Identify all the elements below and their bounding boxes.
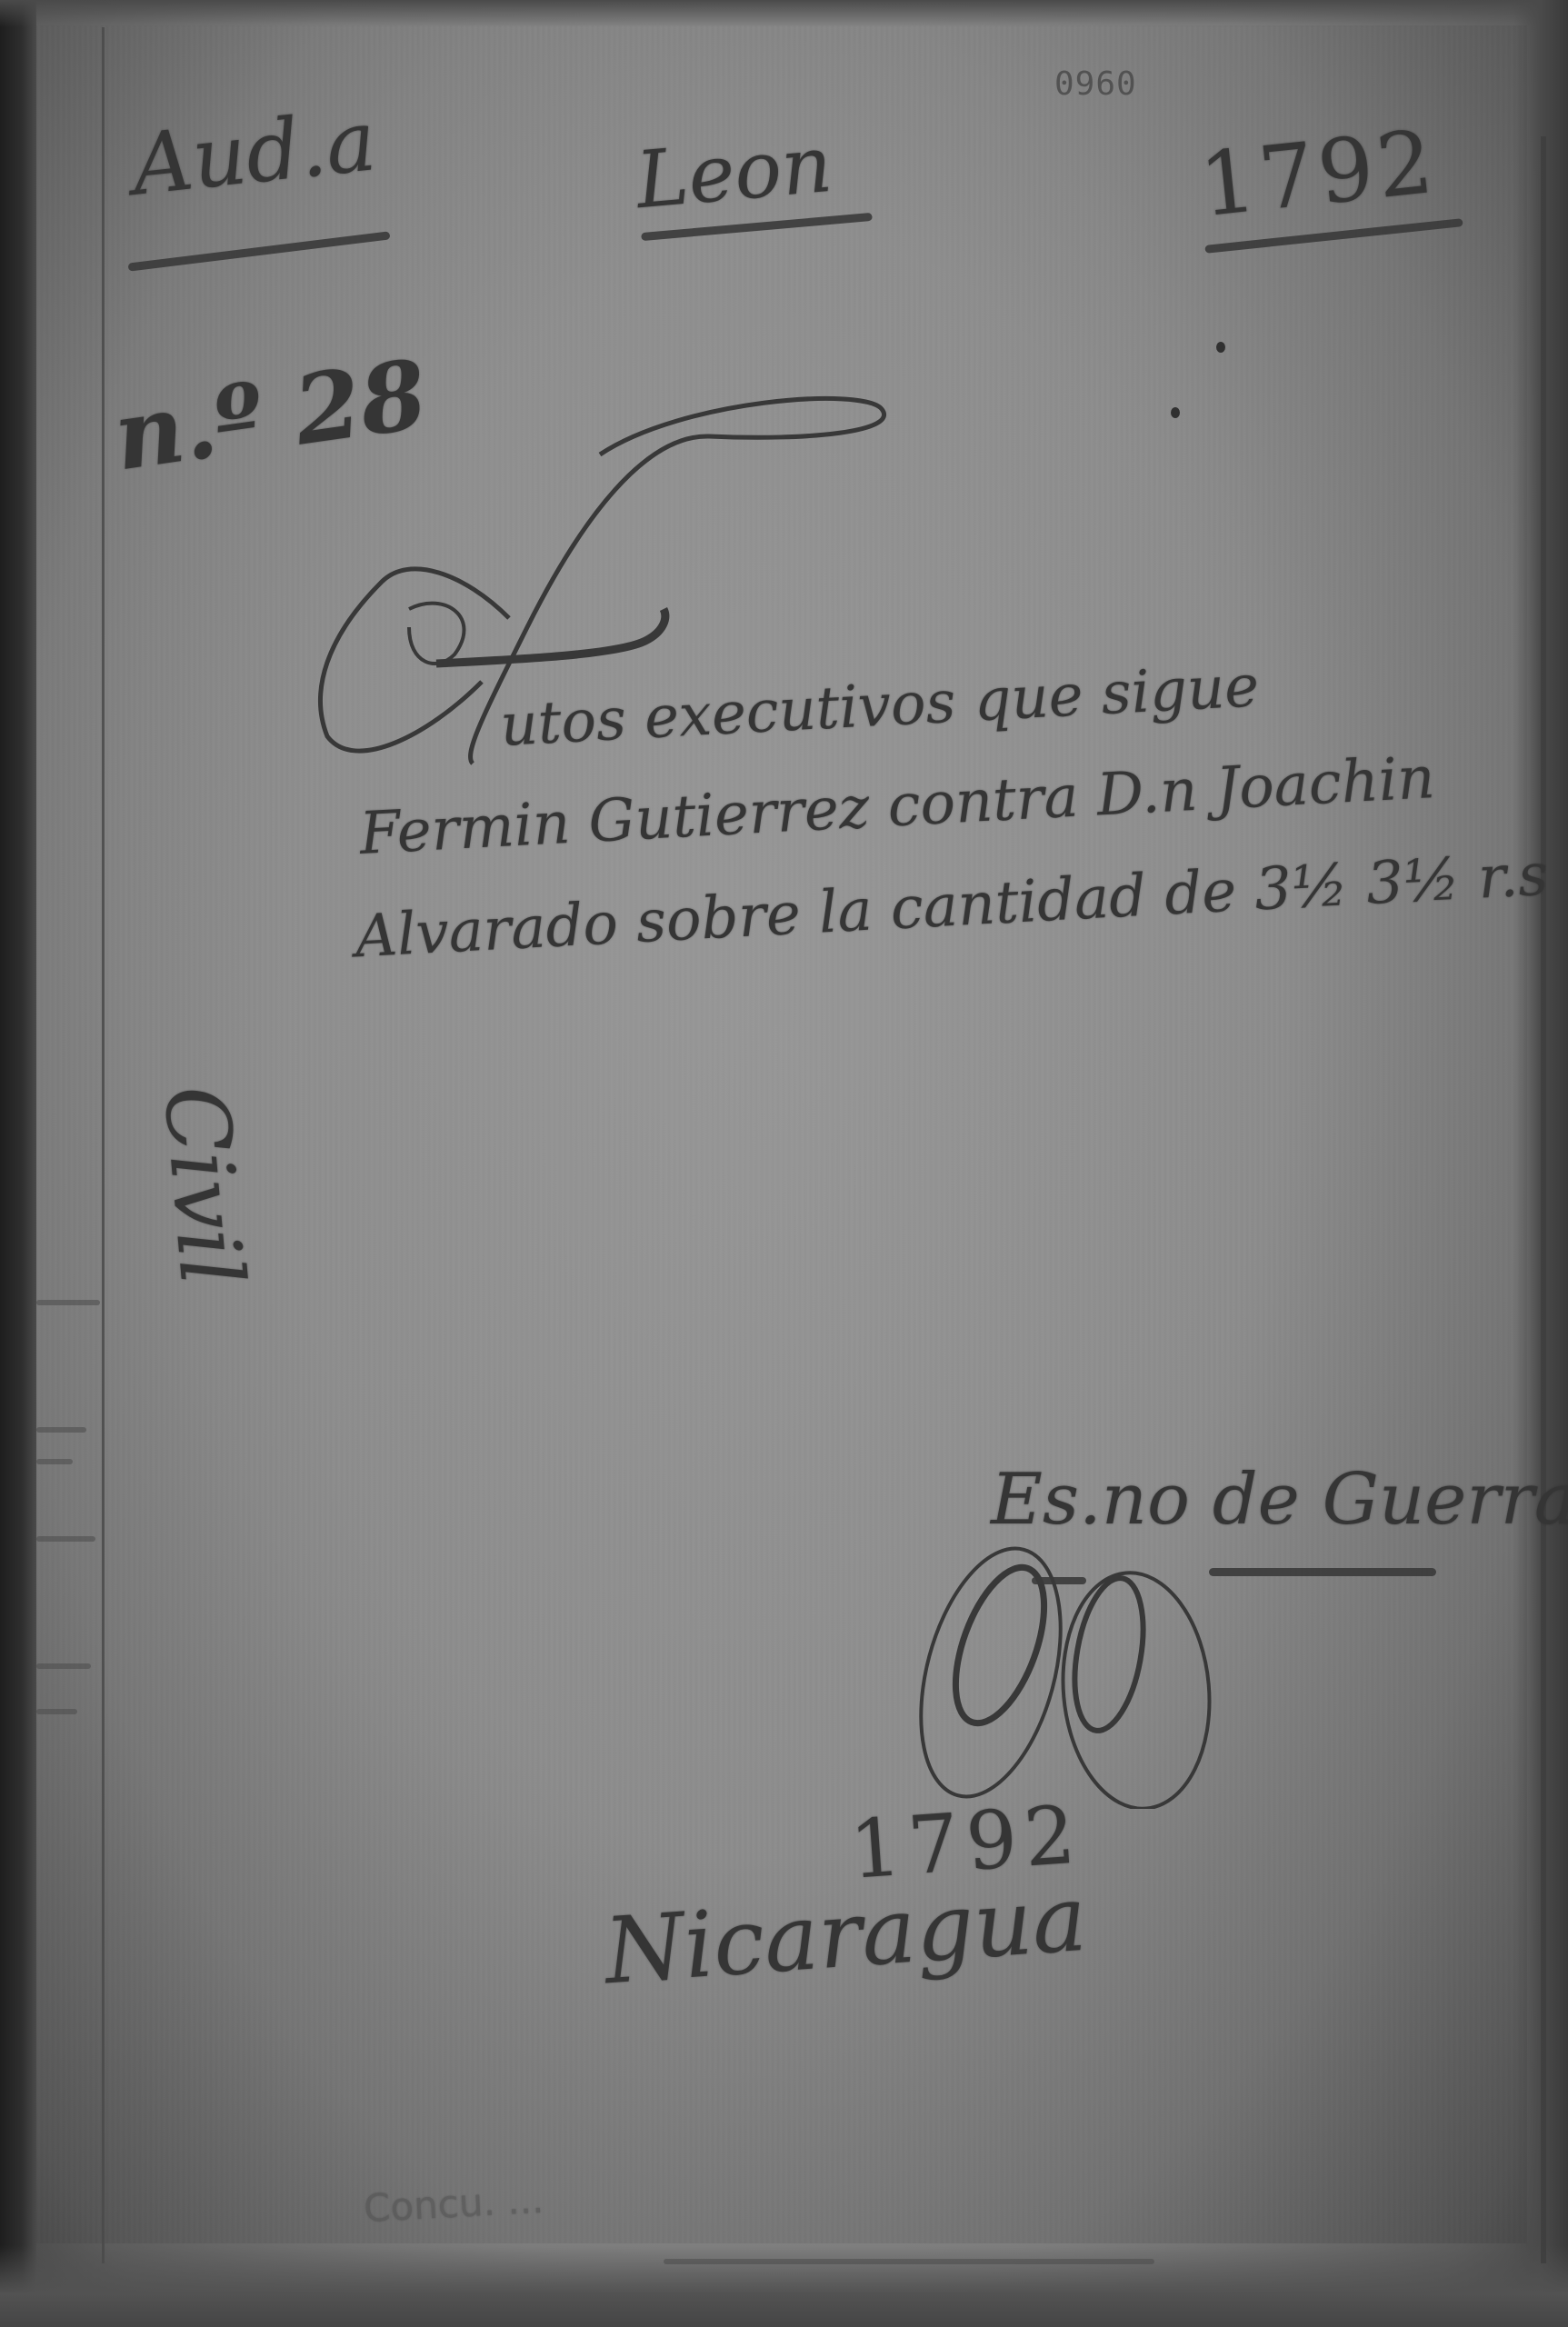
scan-top-border [0,0,1568,27]
faint-bottom-rule [664,2259,1154,2264]
scan-bottom-border [0,2245,1568,2327]
signature-underline [1209,1568,1436,1576]
scan-left-border [0,0,36,2327]
bleed-through-marks [36,1273,105,2091]
header-leon: Leon [633,119,835,226]
archive-stamp-number: 0960 [1054,65,1137,103]
ink-spot [1171,407,1180,418]
margin-label-civil: Civil [144,1082,263,1290]
faint-bottom-note: Concu. ... [363,2177,544,2231]
signature-dash [1032,1577,1086,1584]
right-edge-rule [1541,136,1546,2263]
signature-name: Es.no de Guerra [991,1459,1568,1541]
scanned-document: 0960 Aud.a Leon 1792 n.º 28 utos executi… [0,0,1568,2327]
ink-spot [1216,342,1225,353]
